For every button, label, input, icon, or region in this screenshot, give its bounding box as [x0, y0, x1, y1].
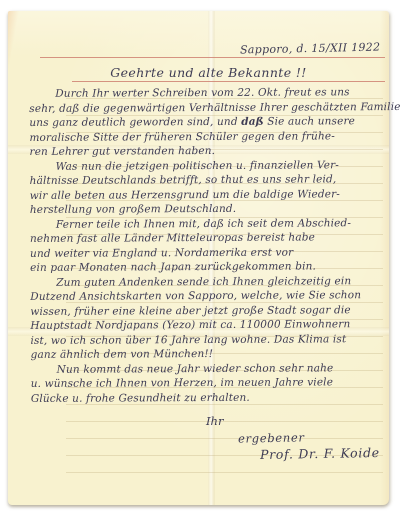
dateline: Sapporo, d. 15/XII 1922	[240, 41, 381, 57]
letter-line: uns ganz deutlich geworden sind, und daß…	[29, 114, 387, 130]
letter-line: wir alle beten aus Herzensgrund um die b…	[30, 187, 388, 203]
letter-line: ist, wo ich schon über 16 Jahre lang woh…	[30, 332, 388, 348]
signature: Prof. Dr. F. Koide	[260, 445, 380, 462]
letter-line: Dutzend Ansichtskarten von Sapporo, welc…	[30, 288, 388, 304]
closing-pronoun: Ihr	[206, 414, 223, 428]
red-ruled-line-salutation	[72, 81, 385, 82]
red-ruled-line-date	[40, 57, 385, 58]
salutation: Geehrte und alte Bekannte !!	[68, 65, 349, 80]
emphasized-word: daß	[241, 116, 264, 128]
letter-line-segment: uns ganz deutlich geworden sind, und	[29, 116, 241, 129]
letter-line: Glücke u. frohe Gesundheit zu erhalten.	[31, 390, 389, 406]
closing-valediction: ergebener	[238, 430, 305, 445]
letter-line: Ferner teile ich Ihnen mit, daß ich seit…	[30, 216, 388, 232]
letter-line: moralische Sitte der früheren Schüler ge…	[29, 129, 387, 145]
letter-line-segment: Sie auch unsere	[264, 115, 355, 127]
letter-line: Hauptstadt Nordjapans (Yezo) mit ca. 110…	[30, 317, 388, 333]
letter-line: hältnisse Deutschlands betrifft, so thut…	[30, 172, 388, 188]
letter-line: Durch Ihr werter Schreiben vom 22. Okt. …	[29, 85, 387, 101]
letter-paper: Sapporo, d. 15/XII 1922 Geehrte und alte…	[8, 11, 389, 505]
letter-body: Durch Ihr werter Schreiben vom 22. Okt. …	[29, 85, 389, 406]
scanned-letter-photo: { "letter": { "dateline": "Sapporo, d. 1…	[0, 0, 400, 517]
